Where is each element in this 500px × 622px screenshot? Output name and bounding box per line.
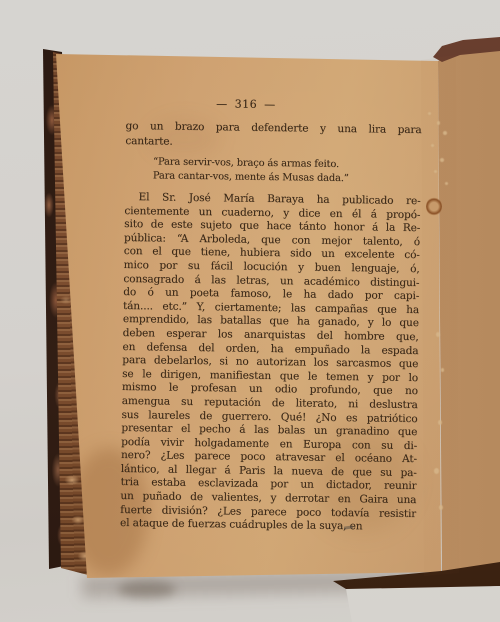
book-photo: — 316 — go un brazo para defenderte y un… [0, 0, 500, 622]
verse-quote: “Para servir-vos, braço ás armas feito.P… [125, 155, 421, 186]
gutter-speck [428, 112, 431, 115]
gutter-speck [445, 182, 448, 185]
gutter-speck [438, 420, 442, 425]
gutter-speck [434, 170, 437, 173]
gutter-speck [439, 505, 443, 510]
gutter-speck [441, 368, 444, 372]
gutter-speck [431, 144, 434, 147]
book-corner-shadow [118, 581, 176, 598]
gutter-speck [440, 158, 444, 162]
opening-paragraph-end: go un brazo para defenderte y una lira p… [125, 119, 421, 152]
gutter-speck [434, 468, 439, 474]
gutter-speck [443, 131, 447, 135]
printed-page-text: — 316 — go un brazo para defenderte y un… [120, 96, 422, 535]
page-number: — 316 — [98, 96, 394, 114]
text-line: Para cantar-vos, mente ás Musas dada.” [153, 169, 421, 186]
main-paragraph: El Sr. José María Baraya ha publicado re… [120, 191, 421, 535]
gutter-glue-spot [426, 197, 442, 216]
gutter-speck [437, 121, 440, 125]
gutter-speck [436, 332, 440, 337]
